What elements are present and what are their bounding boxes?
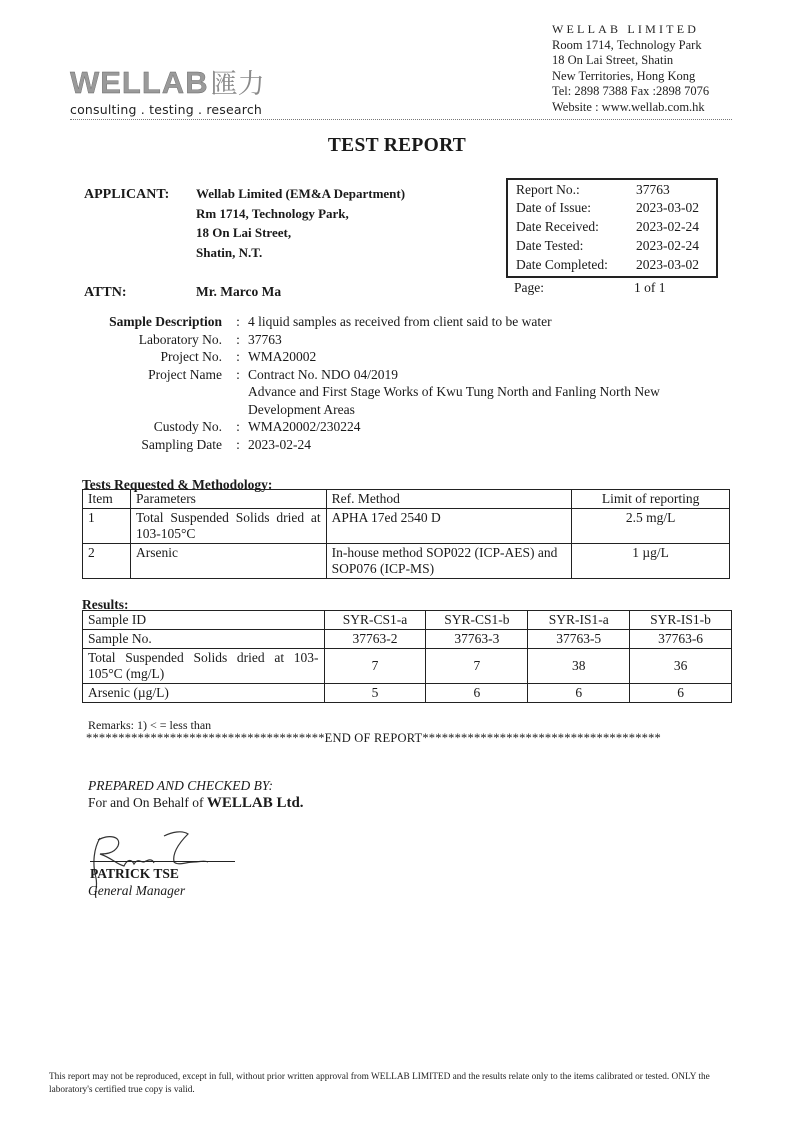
report-title: TEST REPORT <box>0 135 794 157</box>
detail-separator: : <box>228 436 248 454</box>
detail-value: Contract No. NDO 04/2019 Advance and Fir… <box>248 366 718 419</box>
address-line: Room 1714, Technology Park <box>552 38 709 54</box>
date-tested-row: Date Tested:2023-02-24 <box>516 237 699 255</box>
sample-no-row: Sample No. 37763-2 37763-3 37763-5 37763… <box>83 630 732 649</box>
behalf-prefix: For and On Behalf of <box>88 795 207 810</box>
sample-no: 37763-5 <box>528 630 630 649</box>
applicant-label: APPLICANT: <box>84 187 169 203</box>
info-label: Date Received: <box>516 218 636 236</box>
detail-row: Project Name : Contract No. NDO 04/2019 … <box>90 366 718 419</box>
header-parameters: Parameters <box>130 490 326 509</box>
info-value: 2023-02-24 <box>636 218 699 236</box>
test-limit: 1 µg/L <box>572 544 730 579</box>
tests-row: 1 Total Suspended Solids dried at 103-10… <box>83 509 730 544</box>
result-parameter: Total Suspended Solids dried at 103-105°… <box>83 649 325 684</box>
detail-label: Sampling Date <box>90 436 228 454</box>
sample-details: Sample Description : 4 liquid samples as… <box>90 313 718 453</box>
detail-label: Laboratory No. <box>90 331 228 349</box>
end-of-report-marker: *************************************END… <box>86 731 661 746</box>
test-parameter: Arsenic <box>130 544 326 579</box>
sample-id-row: Sample ID SYR-CS1-a SYR-CS1-b SYR-IS1-a … <box>83 611 732 630</box>
address-line: 18 On Lai Street, Shatin <box>552 53 709 69</box>
applicant-line: Shatin, N.T. <box>196 243 405 263</box>
detail-value: WMA20002/230224 <box>248 418 718 436</box>
report-info-box: Report No.:37763 Date of Issue:2023-03-0… <box>506 178 718 278</box>
detail-separator: : <box>228 331 248 349</box>
on-behalf-of: For and On Behalf of WELLAB Ltd. <box>88 795 304 812</box>
result-value: 7 <box>426 649 528 684</box>
detail-separator: : <box>228 313 248 331</box>
logo-wordmark: WELLAB <box>70 65 209 100</box>
detail-row: Sampling Date : 2023-02-24 <box>90 436 718 454</box>
result-value: 38 <box>528 649 630 684</box>
test-item: 2 <box>83 544 131 579</box>
project-description: Advance and First Stage Works of Kwu Tun… <box>248 383 718 418</box>
test-method: APHA 17ed 2540 D <box>326 509 572 544</box>
sample-no: 37763-2 <box>324 630 426 649</box>
results-table: Sample ID SYR-CS1-a SYR-CS1-b SYR-IS1-a … <box>82 610 732 703</box>
logo-chinese: 匯力 <box>211 69 265 100</box>
detail-separator: : <box>228 418 248 436</box>
behalf-company: WELLAB Ltd. <box>207 795 304 811</box>
date-received-row: Date Received:2023-02-24 <box>516 218 699 236</box>
sample-id: SYR-IS1-b <box>630 611 732 630</box>
test-item: 1 <box>83 509 131 544</box>
sample-no: 37763-6 <box>630 630 732 649</box>
applicant-address: Wellab Limited (EM&A Department) Rm 1714… <box>196 184 405 262</box>
info-label: Date Tested: <box>516 237 636 255</box>
test-method: In-house method SOP022 (ICP-AES) and SOP… <box>326 544 572 579</box>
sample-id-label: Sample ID <box>83 611 325 630</box>
company-logo: WELLAB匯力 consulting . testing . research <box>70 62 265 117</box>
signer-title: General Manager <box>88 883 185 899</box>
info-value: 2023-02-24 <box>636 237 699 255</box>
info-label: Date of Issue: <box>516 199 636 217</box>
report-number-row: Report No.:37763 <box>516 181 670 199</box>
result-value: 6 <box>528 684 630 703</box>
detail-value: WMA20002 <box>248 348 718 366</box>
page-label: Page: <box>514 280 634 296</box>
detail-value: 4 liquid samples as received from client… <box>248 313 718 331</box>
company-website: Website : www.wellab.com.hk <box>552 100 709 116</box>
sample-id: SYR-CS1-b <box>426 611 528 630</box>
applicant-line: 18 On Lai Street, <box>196 223 405 243</box>
header-limit: Limit of reporting <box>572 490 730 509</box>
company-address-block: WELLAB LIMITED Room 1714, Technology Par… <box>552 22 709 115</box>
signer-name: PATRICK TSE <box>90 866 179 882</box>
detail-row: Sample Description : 4 liquid samples as… <box>90 313 718 331</box>
sample-no-label: Sample No. <box>83 630 325 649</box>
detail-row: Project No. : WMA20002 <box>90 348 718 366</box>
signature-line <box>90 861 235 862</box>
result-value: 6 <box>426 684 528 703</box>
detail-value: 37763 <box>248 331 718 349</box>
project-contract: Contract No. NDO 04/2019 <box>248 366 718 384</box>
applicant-line: Rm 1714, Technology Park, <box>196 204 405 224</box>
sample-id: SYR-CS1-a <box>324 611 426 630</box>
info-value: 2023-03-02 <box>636 256 699 274</box>
address-line: New Territories, Hong Kong <box>552 69 709 85</box>
detail-separator: : <box>228 366 248 419</box>
result-value: 7 <box>324 649 426 684</box>
result-parameter: Arsenic (µg/L) <box>83 684 325 703</box>
detail-label: Custody No. <box>90 418 228 436</box>
company-name: WELLAB LIMITED <box>552 22 709 38</box>
detail-label: Sample Description <box>90 313 228 331</box>
header-ref-method: Ref. Method <box>326 490 572 509</box>
result-row-tss: Total Suspended Solids dried at 103-105°… <box>83 649 732 684</box>
detail-label: Project No. <box>90 348 228 366</box>
tests-header-row: Item Parameters Ref. Method Limit of rep… <box>83 490 730 509</box>
detail-separator: : <box>228 348 248 366</box>
info-value: 37763 <box>636 181 670 199</box>
detail-row: Laboratory No. : 37763 <box>90 331 718 349</box>
page-value: 1 of 1 <box>634 280 666 295</box>
applicant-line: Wellab Limited (EM&A Department) <box>196 184 405 204</box>
header-divider <box>70 119 732 120</box>
date-of-issue-row: Date of Issue:2023-03-02 <box>516 199 699 217</box>
test-limit: 2.5 mg/L <box>572 509 730 544</box>
attn-label: ATTN: <box>84 285 127 301</box>
sample-no: 37763-3 <box>426 630 528 649</box>
test-parameter: Total Suspended Solids dried at 103-105°… <box>130 509 326 544</box>
tests-row: 2 Arsenic In-house method SOP022 (ICP-AE… <box>83 544 730 579</box>
result-value: 5 <box>324 684 426 703</box>
result-row-arsenic: Arsenic (µg/L) 5 6 6 6 <box>83 684 732 703</box>
sample-id: SYR-IS1-a <box>528 611 630 630</box>
detail-label: Project Name <box>90 366 228 419</box>
detail-value: 2023-02-24 <box>248 436 718 454</box>
result-value: 36 <box>630 649 732 684</box>
tests-table: Item Parameters Ref. Method Limit of rep… <box>82 489 730 579</box>
contact-phone-fax: Tel: 2898 7388 Fax :2898 7076 <box>552 84 709 100</box>
page-indicator: Page:1 of 1 <box>514 280 666 296</box>
result-value: 6 <box>630 684 732 703</box>
detail-row: Custody No. : WMA20002/230224 <box>90 418 718 436</box>
logo-tagline: consulting . testing . research <box>70 102 265 117</box>
prepared-by-label: PREPARED AND CHECKED BY: <box>88 778 273 794</box>
footer-disclaimer: This report may not be reproduced, excep… <box>49 1071 739 1096</box>
attn-value: Mr. Marco Ma <box>196 284 281 300</box>
info-value: 2023-03-02 <box>636 199 699 217</box>
info-label: Report No.: <box>516 181 636 199</box>
date-completed-row: Date Completed:2023-03-02 <box>516 256 699 274</box>
info-label: Date Completed: <box>516 256 636 274</box>
header-item: Item <box>83 490 131 509</box>
